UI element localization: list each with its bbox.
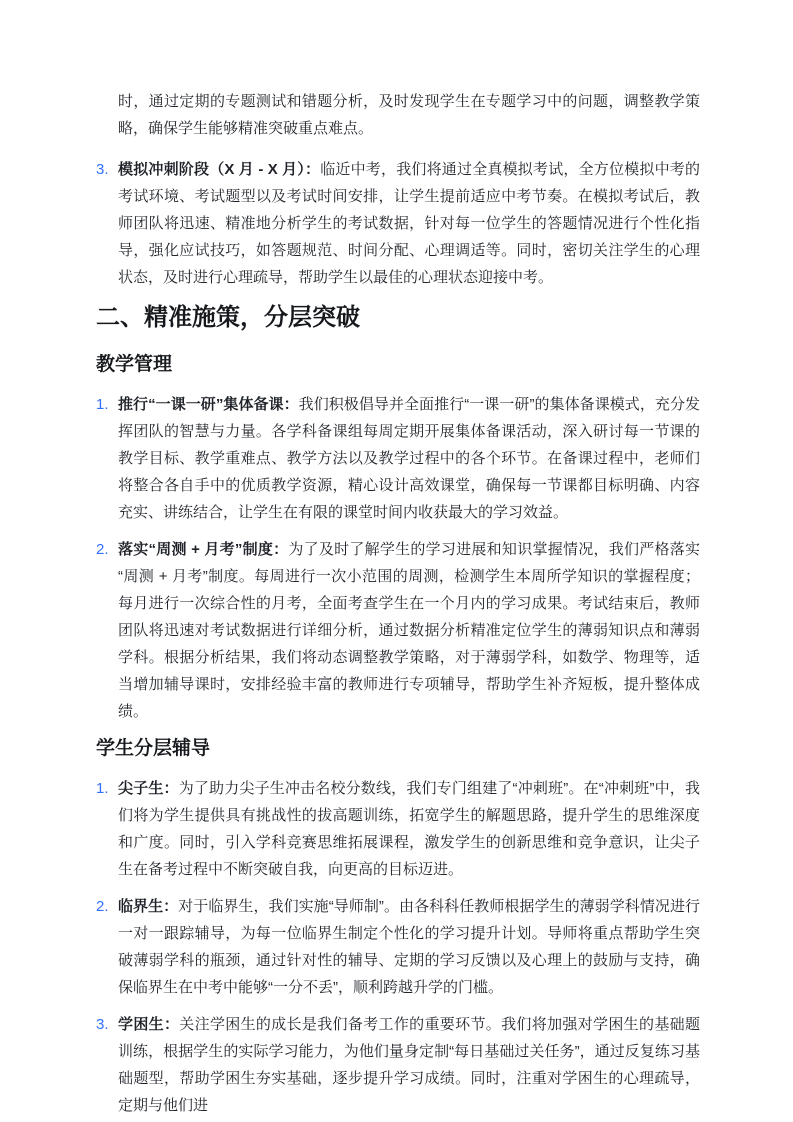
list-item-label: 模拟冲刺阶段（X 月 - X 月）： — [118, 161, 320, 178]
teaching-list-item-2: 2. 落实“周测 + 月考”制度：为了及时了解学生的学习进展和知识掌握情况，我们… — [96, 536, 700, 725]
list-item-label: 学困生： — [118, 1016, 179, 1033]
subsection-heading-student-tiering: 学生分层辅导 — [96, 735, 700, 762]
list-item-text: 临近中考，我们将通过全真模拟考试，全方位模拟中考的考试环境、考试题型以及考试时间… — [118, 161, 700, 286]
tiering-list-item-2: 2. 临界生：对于临界生，我们实施“导师制”。由各科科任教师根据学生的薄弱学科情… — [96, 893, 700, 1001]
list-item-label: 尖子生： — [118, 780, 179, 797]
list-number: 1. — [96, 391, 109, 418]
list-item-label: 推行“一课一研”集体备课： — [118, 396, 299, 413]
list-number: 1. — [96, 775, 109, 802]
list-item-text: 关注学困生的成长是我们备考工作的重要环节。我们将加强对学困生的基础题训练，根据学… — [118, 1016, 700, 1114]
list-number: 2. — [96, 536, 109, 563]
list-item-text: 为了及时了解学生的学习进展和知识掌握情况，我们严格落实“周测 + 月考”制度。每… — [118, 541, 700, 720]
intro-continuation-paragraph: 时，通过定期的专题测试和错题分析，及时发现学生在专题学习中的问题，调整教学策略，… — [118, 88, 700, 142]
list-item-text: 我们积极倡导并全面推行“一课一研”的集体备课模式，充分发挥团队的智慧与力量。各学… — [118, 396, 700, 521]
list-item-text: 对于临界生，我们实施“导师制”。由各科科任教师根据学生的薄弱学科情况进行一对一跟… — [118, 898, 700, 996]
subsection-heading-teaching: 教学管理 — [96, 351, 700, 378]
list-number: 2. — [96, 893, 109, 920]
phase-list-item-3: 3. 模拟冲刺阶段（X 月 - X 月）：临近中考，我们将通过全真模拟考试，全方… — [96, 156, 700, 291]
teaching-list-item-1: 1. 推行“一课一研”集体备课：我们积极倡导并全面推行“一课一研”的集体备课模式… — [96, 391, 700, 526]
document-page: 时，通过定期的专题测试和错题分析，及时发现学生在专题学习中的问题，调整教学策略，… — [0, 0, 793, 1122]
list-item-label: 临界生： — [118, 898, 178, 915]
tiering-list-item-3: 3. 学困生：关注学困生的成长是我们备考工作的重要环节。我们将加强对学困生的基础… — [96, 1011, 700, 1119]
list-number: 3. — [96, 156, 109, 183]
section-heading: 二、精准施策，分层突破 — [96, 301, 700, 335]
list-number: 3. — [96, 1011, 109, 1038]
tiering-list-item-1: 1. 尖子生：为了助力尖子生冲击名校分数线，我们专门组建了“冲刺班”。在“冲刺班… — [96, 775, 700, 883]
list-item-label: 落实“周测 + 月考”制度： — [118, 541, 288, 558]
list-item-text: 为了助力尖子生冲击名校分数线，我们专门组建了“冲刺班”。在“冲刺班”中，我们将为… — [118, 780, 700, 878]
